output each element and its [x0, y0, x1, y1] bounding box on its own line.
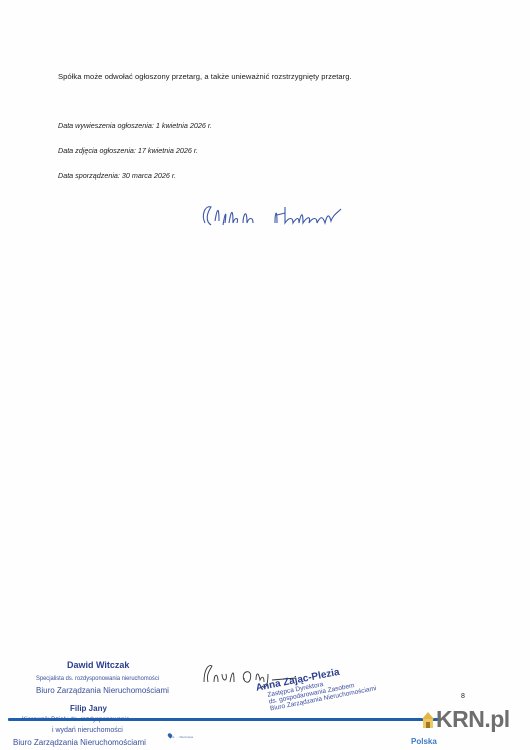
- house-icon: [421, 711, 435, 729]
- handwritten-signature: [195, 195, 365, 235]
- stamp-jany-title2: i wydań nieruchomości: [52, 727, 123, 734]
- page-number: 8: [461, 693, 465, 700]
- preparation-date: Data sporządzenia: 30 marca 2026 r.: [58, 171, 176, 180]
- stamp-jany-office: Biuro Zarządzania Nieruchomościami: [13, 738, 146, 747]
- stamp-jany-name: Filip Jany: [70, 704, 107, 713]
- stamp-witczak-title: Specjalista ds. rozdysponowania nierucho…: [36, 675, 159, 682]
- krn-text: KRN.pl: [436, 706, 510, 733]
- stamp-witczak-name: Dawid Witczak: [67, 660, 129, 670]
- posting-date: Data wywieszenia ogłoszenia: 1 kwietnia …: [58, 121, 212, 130]
- removal-date: Data zdjęcia ogłoszenia: 17 kwietnia 202…: [58, 146, 198, 155]
- body-paragraph: Spółka może odwołać ogłoszony przetarg, …: [58, 72, 352, 81]
- stamp-witczak-office: Biuro Zarządzania Nieruchomościami: [36, 686, 169, 695]
- footer-address: ul. ... Warszawa: [172, 735, 193, 739]
- brand-polska: Polska: [411, 737, 437, 746]
- document-page: Spółka może odwołać ogłoszony przetarg, …: [0, 0, 530, 750]
- footer-divider-bar: [8, 718, 438, 721]
- krn-watermark: KRN.pl: [421, 706, 510, 733]
